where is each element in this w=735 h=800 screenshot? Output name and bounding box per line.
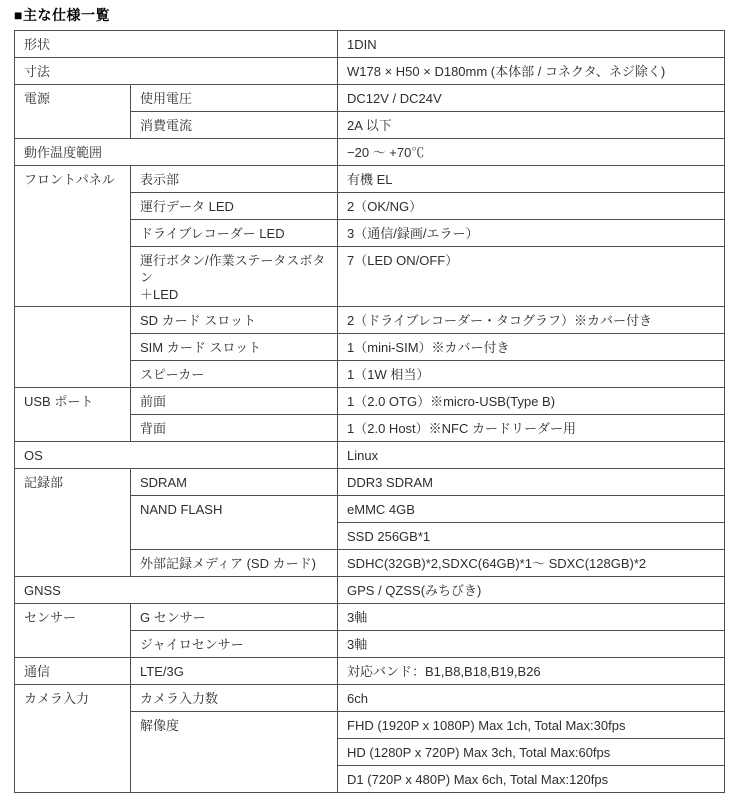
spec-label: スピーカー	[131, 361, 338, 388]
spec-value: HD (1280P x 720P) Max 3ch, Total Max:60f…	[338, 739, 725, 766]
spec-label: 解像度	[131, 712, 338, 793]
spec-value: D1 (720P x 480P) Max 6ch, Total Max:120f…	[338, 766, 725, 793]
spec-group-label: USB ポート	[15, 388, 131, 442]
spec-value: W178 × H50 × D180mm (本体部 / コネクタ、ネジ除く)	[338, 58, 725, 85]
spec-row: センサー G センサー 3軸	[15, 604, 725, 631]
spec-row: OS Linux	[15, 442, 725, 469]
spec-label: 形状	[15, 31, 338, 58]
spec-label: 前面	[131, 388, 338, 415]
spec-label: 寸法	[15, 58, 338, 85]
spec-row: 記録部 SDRAM DDR3 SDRAM	[15, 469, 725, 496]
spec-table: 形状 1DIN 寸法 W178 × H50 × D180mm (本体部 / コネ…	[14, 30, 725, 793]
spec-label: 運行ボタン/作業ステータスボタン ＋LED	[131, 247, 338, 307]
spec-group-label: 電源	[15, 85, 131, 139]
spec-group-label: 記録部	[15, 469, 131, 577]
spec-group-label: カメラ入力	[15, 685, 131, 793]
spec-row: フロントパネル 表示部 有機 EL	[15, 166, 725, 193]
spec-row: SD カード スロット 2（ドライブレコーダー・タコグラフ）※カバー付き	[15, 307, 725, 334]
spec-value: 2（ドライブレコーダー・タコグラフ）※カバー付き	[338, 307, 725, 334]
spec-value: 1（2.0 OTG）※micro-USB(Type B)	[338, 388, 725, 415]
spec-value: Linux	[338, 442, 725, 469]
spec-row: 寸法 W178 × H50 × D180mm (本体部 / コネクタ、ネジ除く)	[15, 58, 725, 85]
spec-value: SSD 256GB*1	[338, 523, 725, 550]
spec-row: 通信 LTE/3G 対応バンド：B1,B8,B18,B19,B26	[15, 658, 725, 685]
spec-label: SIM カード スロット	[131, 334, 338, 361]
spec-value: DC12V / DC24V	[338, 85, 725, 112]
spec-label: LTE/3G	[131, 658, 338, 685]
spec-value: 1（mini-SIM）※カバー付き	[338, 334, 725, 361]
document-page: ■主な仕様一覧 形状 1DIN 寸法 W178 × H50 × D180mm (…	[0, 0, 735, 800]
spec-row: 形状 1DIN	[15, 31, 725, 58]
spec-value: 1（2.0 Host）※NFC カードリーダー用	[338, 415, 725, 442]
spec-label: ドライブレコーダー LED	[131, 220, 338, 247]
spec-row: USB ポート 前面 1（2.0 OTG）※micro-USB(Type B)	[15, 388, 725, 415]
spec-value: 対応バンド：B1,B8,B18,B19,B26	[338, 658, 725, 685]
spec-label: 消費電流	[131, 112, 338, 139]
spec-row: 動作温度範囲 −20 ～ +70℃	[15, 139, 725, 166]
spec-row: GNSS GPS / QZSS(みちびき)	[15, 577, 725, 604]
spec-group-label: 通信	[15, 658, 131, 685]
spec-value: 1（1W 相当）	[338, 361, 725, 388]
spec-label: 背面	[131, 415, 338, 442]
spec-label: 外部記録メディア (SD カード)	[131, 550, 338, 577]
spec-label: 運行データ LED	[131, 193, 338, 220]
spec-label: GNSS	[15, 577, 338, 604]
spec-value: 2A 以下	[338, 112, 725, 139]
spec-value: SDHC(32GB)*2,SDXC(64GB)*1～ SDXC(128GB)*2	[338, 550, 725, 577]
spec-value: 3軸	[338, 631, 725, 658]
spec-value: −20 ～ +70℃	[338, 139, 725, 166]
spec-value: 1DIN	[338, 31, 725, 58]
spec-value: FHD (1920P x 1080P) Max 1ch, Total Max:3…	[338, 712, 725, 739]
page-title: ■主な仕様一覧	[14, 5, 724, 25]
spec-group-label	[15, 307, 131, 388]
spec-value: DDR3 SDRAM	[338, 469, 725, 496]
spec-label: SDRAM	[131, 469, 338, 496]
spec-label: NAND FLASH	[131, 496, 338, 550]
spec-group-label: フロントパネル	[15, 166, 131, 307]
spec-value: 6ch	[338, 685, 725, 712]
spec-value: GPS / QZSS(みちびき)	[338, 577, 725, 604]
spec-value: 3軸	[338, 604, 725, 631]
spec-label: 使用電圧	[131, 85, 338, 112]
spec-label: OS	[15, 442, 338, 469]
spec-label: カメラ入力数	[131, 685, 338, 712]
spec-row: カメラ入力 カメラ入力数 6ch	[15, 685, 725, 712]
spec-label: 表示部	[131, 166, 338, 193]
spec-label: SD カード スロット	[131, 307, 338, 334]
spec-row: 電源 使用電圧 DC12V / DC24V	[15, 85, 725, 112]
spec-value: 3（通信/録画/エラー）	[338, 220, 725, 247]
spec-value: eMMC 4GB	[338, 496, 725, 523]
spec-value: 有機 EL	[338, 166, 725, 193]
spec-value: 2（OK/NG）	[338, 193, 725, 220]
spec-group-label: センサー	[15, 604, 131, 658]
spec-label: 動作温度範囲	[15, 139, 338, 166]
spec-label: G センサー	[131, 604, 338, 631]
spec-label: ジャイロセンサー	[131, 631, 338, 658]
spec-value: 7（LED ON/OFF）	[338, 247, 725, 307]
